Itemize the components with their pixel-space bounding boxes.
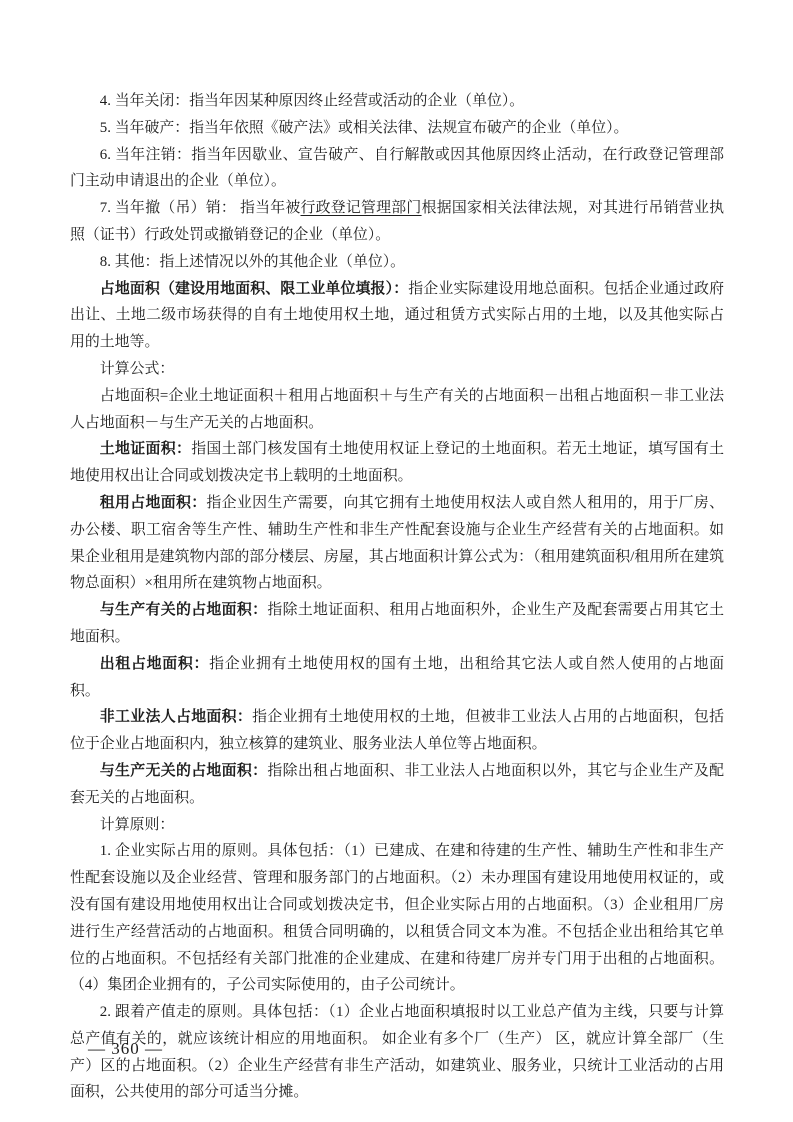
defined-term-bold: 租用占地面积： [100,495,207,511]
paragraph: 计算公式： [70,356,724,383]
text-segment: 5. 当年破产：指当年依照《破产法》或相关法律、法规宣布破产的企业（单位）。 [100,120,629,136]
document-page: 4. 当年关闭：指当年因某种原因终止经营或活动的企业（单位）。5. 当年破产：指… [0,0,793,1122]
paragraph: 5. 当年破产：指当年依照《破产法》或相关法律、法规宣布破产的企业（单位）。 [70,115,724,142]
paragraph: 1. 企业实际占用的原则。具体包括：（1）已建成、在建和待建的生产性、辅助生产性… [70,838,724,999]
paragraph: 租用占地面积：指企业因生产需要，向其它拥有土地使用权法人或自然人租用的，用于厂房… [70,490,724,597]
paragraph: 出租占地面积：指企业拥有土地使用权的国有土地，出租给其它法人或自然人使用的占地面… [70,651,724,705]
text-segment: 计算公式： [100,361,174,377]
paragraph: 土地证面积：指国土部门核发国有土地使用权证上登记的土地面积。若无土地证，填写国有… [70,436,724,490]
text-segment: 8. 其他：指上述情况以外的其他企业（单位）。 [100,254,405,270]
defined-term-bold: 非工业法人占地面积： [100,709,252,725]
paragraph: 与生产无关的占地面积：指除出租占地面积、非工业法人占地面积以外，其它与企业生产及… [70,758,724,812]
paragraph: 8. 其他：指上述情况以外的其他企业（单位）。 [70,249,724,276]
defined-term-bold: 出租占地面积： [100,656,209,672]
defined-term-bold: 与生产无关的占地面积： [100,763,268,779]
text-segment: 1. 企业实际占用的原则。具体包括：（1）已建成、在建和待建的生产性、辅助生产性… [70,843,724,993]
text-segment: 占地面积=企业土地证面积＋租用占地面积＋与生产有关的占地面积－出租占地面积－非工… [70,388,724,431]
text-segment: 4. 当年关闭：指当年因某种原因终止经营或活动的企业（单位）。 [100,93,524,109]
text-segment: 2. 跟着产值走的原则。具体包括：（1）企业占地面积填报时以工业总产值为主线，只… [70,1004,724,1100]
paragraph: 2. 跟着产值走的原则。具体包括：（1）企业占地面积填报时以工业总产值为主线，只… [70,999,724,1106]
text-segment: 6. 当年注销：指当年因歇业、宣告破产、自行解散或因其他原因终止活动，在行政登记… [70,147,724,190]
document-body: 4. 当年关闭：指当年因某种原因终止经营或活动的企业（单位）。5. 当年破产：指… [70,88,724,1106]
defined-term-bold: 占地面积（建设用地面积、限工业单位填报）： [100,281,408,297]
page-number: — 360 — [88,1038,163,1060]
paragraph: 计算原则： [70,812,724,839]
paragraph: 6. 当年注销：指当年因歇业、宣告破产、自行解散或因其他原因终止活动，在行政登记… [70,142,724,196]
paragraph: 4. 当年关闭：指当年因某种原因终止经营或活动的企业（单位）。 [70,88,724,115]
paragraph: 与生产有关的占地面积：指除土地证面积、租用占地面积外，企业生产及配套需要占用其它… [70,597,724,651]
defined-term-bold: 土地证面积： [100,441,191,457]
paragraph: 非工业法人占地面积：指企业拥有土地使用权的土地，但被非工业法人占用的占地面积，包… [70,704,724,758]
paragraph: 占地面积（建设用地面积、限工业单位填报）：指企业实际建设用地总面积。包括企业通过… [70,276,724,356]
paragraph: 占地面积=企业土地证面积＋租用占地面积＋与生产有关的占地面积－出租占地面积－非工… [70,383,724,437]
text-segment: 7. 当年撤（吊）销： 指当年被 [100,200,301,216]
defined-term-bold: 与生产有关的占地面积： [100,602,268,618]
text-segment: 计算原则： [100,817,174,833]
paragraph: 7. 当年撤（吊）销： 指当年被行政登记管理部门根据国家相关法律法规，对其进行吊… [70,195,724,249]
underlined-term: 行政登记管理部门 [301,200,422,216]
